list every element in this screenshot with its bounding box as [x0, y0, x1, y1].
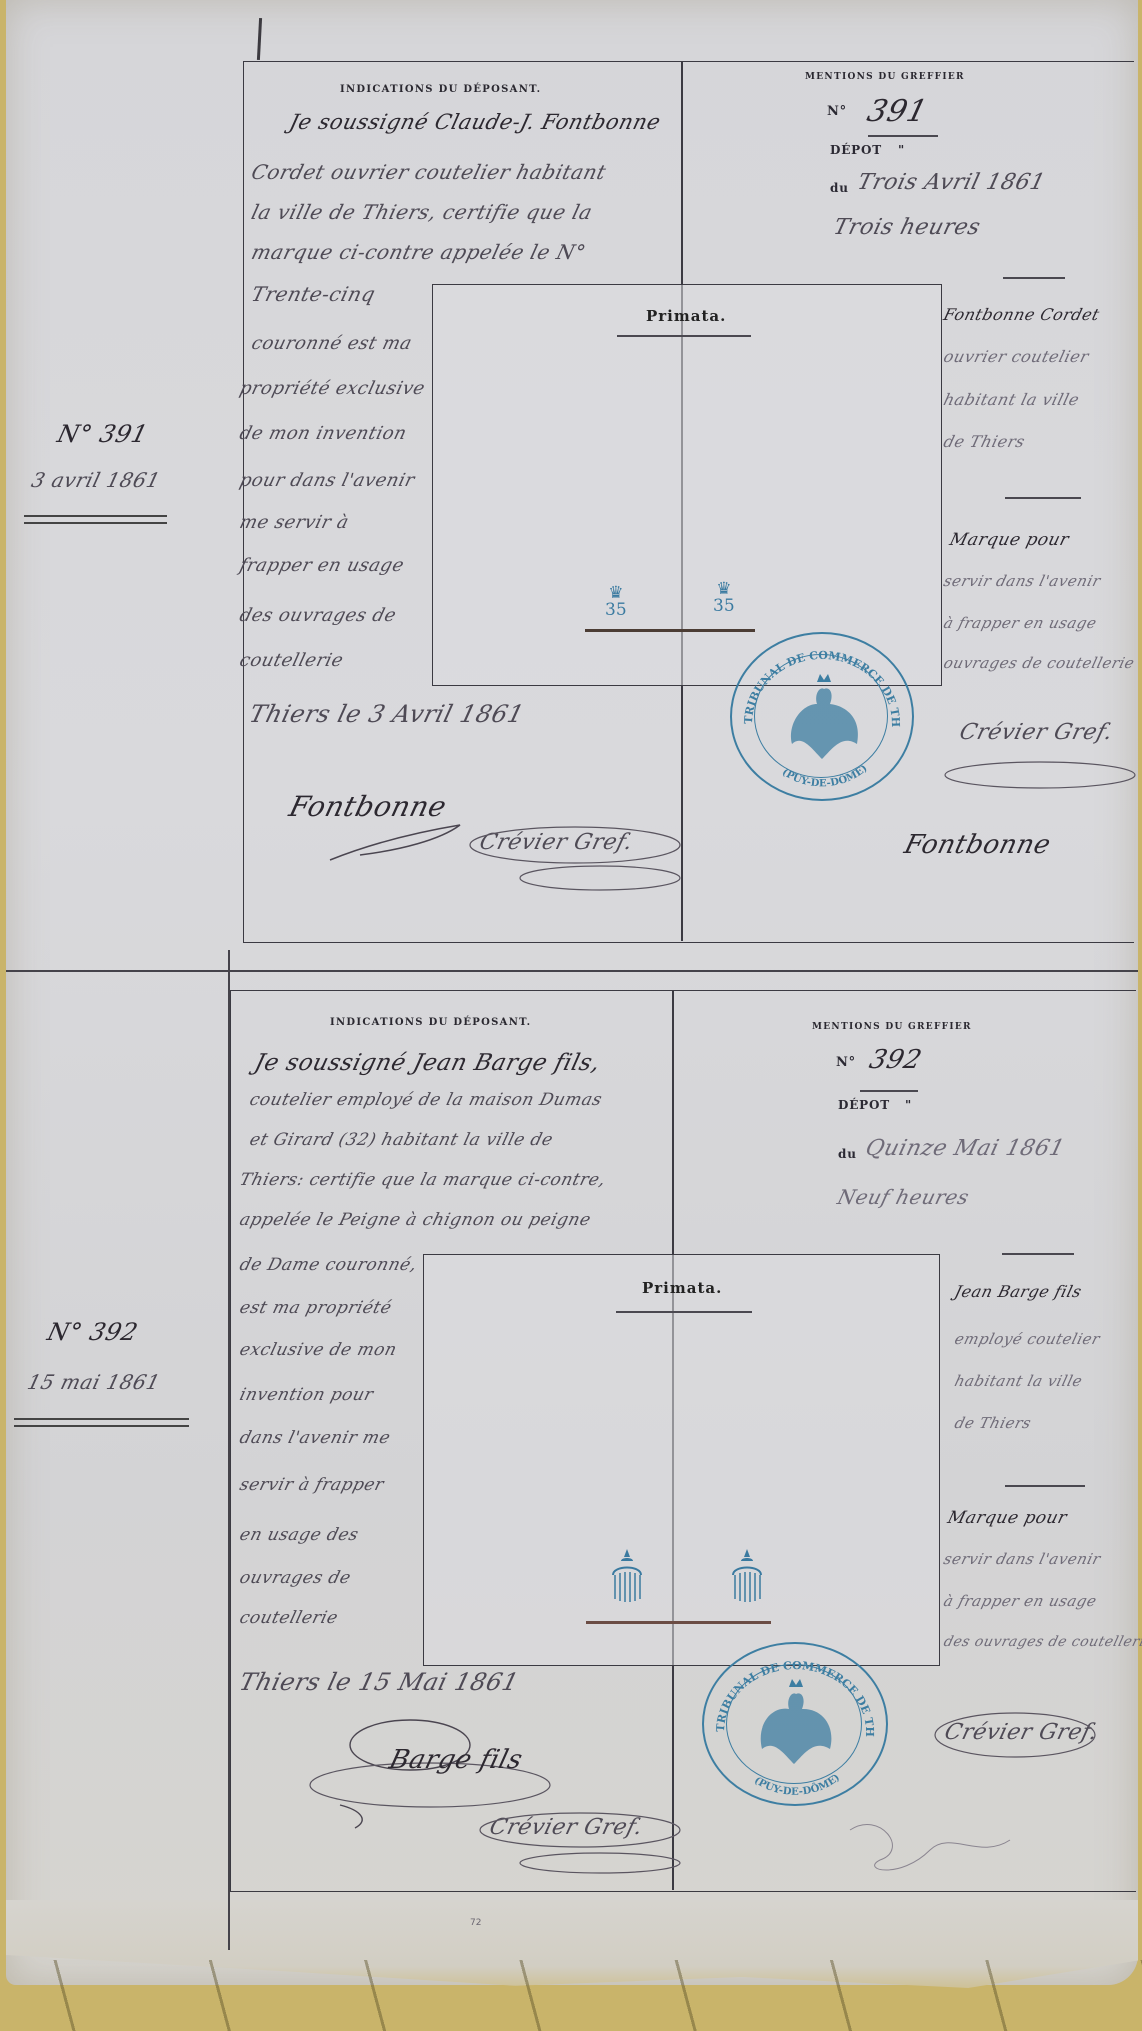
declaration-line: Thiers: certifie que la marque ci-contre…	[238, 1170, 608, 1190]
footer-mark: 72	[470, 1918, 481, 1928]
deposit-number: 391	[864, 94, 931, 129]
depot-label: DÉPOT	[830, 143, 882, 157]
greffier-mark-line: des ouvrages de coutellerie	[942, 1634, 1142, 1650]
mark-number: 35	[605, 600, 627, 620]
faint-flourish-icon	[840, 1810, 1020, 1890]
declaration-line: exclusive de mon	[238, 1340, 399, 1360]
margin-double-rule	[14, 1418, 189, 1427]
court-seal: TRIBUNAL DE COMMERCE DE THIERS (PUY-DE-D…	[730, 632, 914, 801]
greffier-depositor-line: ouvrier coutelier	[942, 347, 1091, 366]
deposit-hour: Neuf heures	[835, 1185, 972, 1209]
greffier-depositor-signature: Fontbonne	[901, 830, 1054, 860]
entry-separator	[6, 970, 1138, 972]
depot-value: "	[905, 1098, 912, 1112]
court-seal: TRIBUNAL DE COMMERCE DE THIERS (PUY-DE-D…	[702, 1642, 888, 1806]
mark-box: Primata. ♛35 ♛35	[432, 284, 942, 686]
mark-box-title: Primata.	[646, 307, 726, 325]
declaration-line: la ville de Thiers, certifie que la	[249, 200, 595, 224]
right-header: Mentions du greffier	[812, 1022, 972, 1032]
place-date: Thiers le 15 Mai 1861	[237, 1668, 522, 1696]
greffier-mark-line: servir dans l'avenir	[942, 1550, 1103, 1568]
greffier-depositor-line: Jean Barge fils	[953, 1282, 1084, 1301]
greffier-clerk-signature: Crévier Gref.	[957, 720, 1116, 745]
declaration-line: des ouvrages de	[237, 605, 398, 626]
deposit-date: Quinze Mai 1861	[863, 1136, 1067, 1161]
date-prefix: du	[838, 1147, 857, 1161]
declaration-line: et Girard (32) habitant la ville de	[248, 1130, 556, 1150]
declaration-line: coutellerie	[237, 650, 345, 671]
depot-value: "	[898, 143, 905, 157]
greffier-mark-line: à frapper en usage	[942, 1592, 1099, 1610]
left-header: Indications du déposant.	[330, 1017, 531, 1028]
depot-label: DÉPOT	[838, 1098, 890, 1112]
declaration-line: ouvrages de	[238, 1568, 354, 1588]
declaration-line: en usage des	[238, 1525, 361, 1545]
declaration-line: est ma propriété	[238, 1298, 394, 1318]
declaration-line: Trente-cinq	[249, 282, 378, 306]
declaration-line: propriété exclusive	[237, 378, 427, 399]
crown-icon: ♛35	[713, 581, 735, 615]
place-date: Thiers le 3 Avril 1861	[247, 700, 528, 728]
declaration-line: pour dans l'avenir	[237, 470, 417, 491]
margin-number: N° 392	[45, 1318, 141, 1346]
declaration-line: frapper en usage	[237, 555, 406, 576]
greffier-mark-line: ouvrages de coutellerie	[942, 654, 1137, 672]
mark-box-title: Primata.	[642, 1279, 722, 1297]
greffier-mark-line: Marque pour	[946, 1508, 1070, 1528]
book-binding	[0, 1960, 1142, 2031]
greffier-mark-line: servir dans l'avenir	[942, 572, 1103, 590]
signature-flourish-icon	[940, 755, 1140, 795]
greffier-mark-line: Marque pour	[948, 530, 1072, 550]
mark-baseline	[586, 1621, 771, 1624]
declaration-line: marque ci-contre appelée le N°	[249, 240, 588, 264]
declaration-line: appelée le Peigne à chignon ou peigne	[238, 1210, 594, 1230]
deposit-date: Trois Avril 1861	[855, 170, 1048, 195]
mark-box: Primata.	[423, 1254, 940, 1666]
greffier-depositor-line: habitant la ville	[942, 390, 1082, 409]
declaration-line: coutelier employé de la maison Dumas	[248, 1090, 605, 1110]
signature-flourish-icon	[460, 820, 690, 900]
declaration-line: dans l'avenir me	[238, 1428, 393, 1448]
margin-date: 3 avril 1861	[29, 468, 163, 492]
mark-number: 35	[713, 596, 735, 616]
number-label: N°	[836, 1055, 856, 1070]
crowned-comb-icon	[610, 1547, 644, 1607]
separator-rule	[1005, 497, 1081, 499]
number-underline	[868, 135, 938, 137]
separator-rule	[1005, 1485, 1085, 1487]
declaration-line: de Dame couronné,	[238, 1255, 420, 1275]
greffier-depositor-line: de Thiers	[942, 432, 1027, 451]
separator-rule	[1003, 277, 1065, 279]
title-underline	[617, 335, 751, 337]
title-underline	[616, 1311, 752, 1313]
depositor-signature: Barge fils	[386, 1745, 525, 1775]
declaration-line: couronné est ma	[249, 333, 414, 354]
declaration-line: Je soussigné Jean Barge fils,	[252, 1050, 603, 1076]
number-label: N°	[827, 104, 847, 119]
imperial-eagle-icon: TRIBUNAL DE COMMERCE DE THIERS (PUY-DE-D…	[732, 634, 912, 799]
greffier-mark-line: à frapper en usage	[942, 614, 1099, 632]
number-underline	[860, 1090, 918, 1092]
right-header: Mentions du greffier	[805, 72, 965, 82]
crowned-comb-icon	[730, 1547, 764, 1607]
imperial-eagle-icon: TRIBUNAL DE COMMERCE DE THIERS (PUY-DE-D…	[704, 1644, 886, 1804]
margin-number: N° 391	[55, 420, 151, 448]
declaration-line: coutellerie	[238, 1608, 341, 1628]
greffier-depositor-line: de Thiers	[953, 1414, 1033, 1432]
margin-double-rule	[24, 515, 167, 524]
greffier-depositor-line: employé coutelier	[953, 1330, 1102, 1348]
declaration-line: servir à frapper	[238, 1475, 387, 1495]
svg-text:(PUY-DE-DÔME): (PUY-DE-DÔME)	[780, 763, 870, 790]
margin-date: 15 mai 1861	[25, 1370, 163, 1394]
svg-text:(PUY-DE-DÔME): (PUY-DE-DÔME)	[752, 1772, 842, 1798]
mark-baseline	[585, 629, 755, 632]
deposit-number: 392	[866, 1045, 925, 1075]
declaration-line: Je soussigné Claude-J. Fontbonne	[287, 110, 663, 134]
greffier-depositor-line: Fontbonne Cordet	[942, 305, 1102, 324]
separator-rule	[1002, 1253, 1074, 1255]
date-prefix: du	[830, 181, 849, 195]
signature-flourish-icon	[320, 800, 480, 870]
declaration-line: invention pour	[238, 1385, 376, 1405]
declaration-line: de mon invention	[237, 423, 409, 444]
signature-flourish-icon	[470, 1805, 690, 1885]
greffier-depositor-line: habitant la ville	[953, 1372, 1085, 1390]
declaration-line: me servir à	[237, 512, 351, 533]
crown-icon: ♛35	[605, 585, 627, 619]
left-header: Indications du déposant.	[340, 84, 541, 95]
signature-flourish-icon	[925, 1705, 1125, 1785]
declaration-line: Cordet ouvrier coutelier habitant	[249, 160, 609, 184]
deposit-hour: Trois heures	[831, 215, 983, 240]
